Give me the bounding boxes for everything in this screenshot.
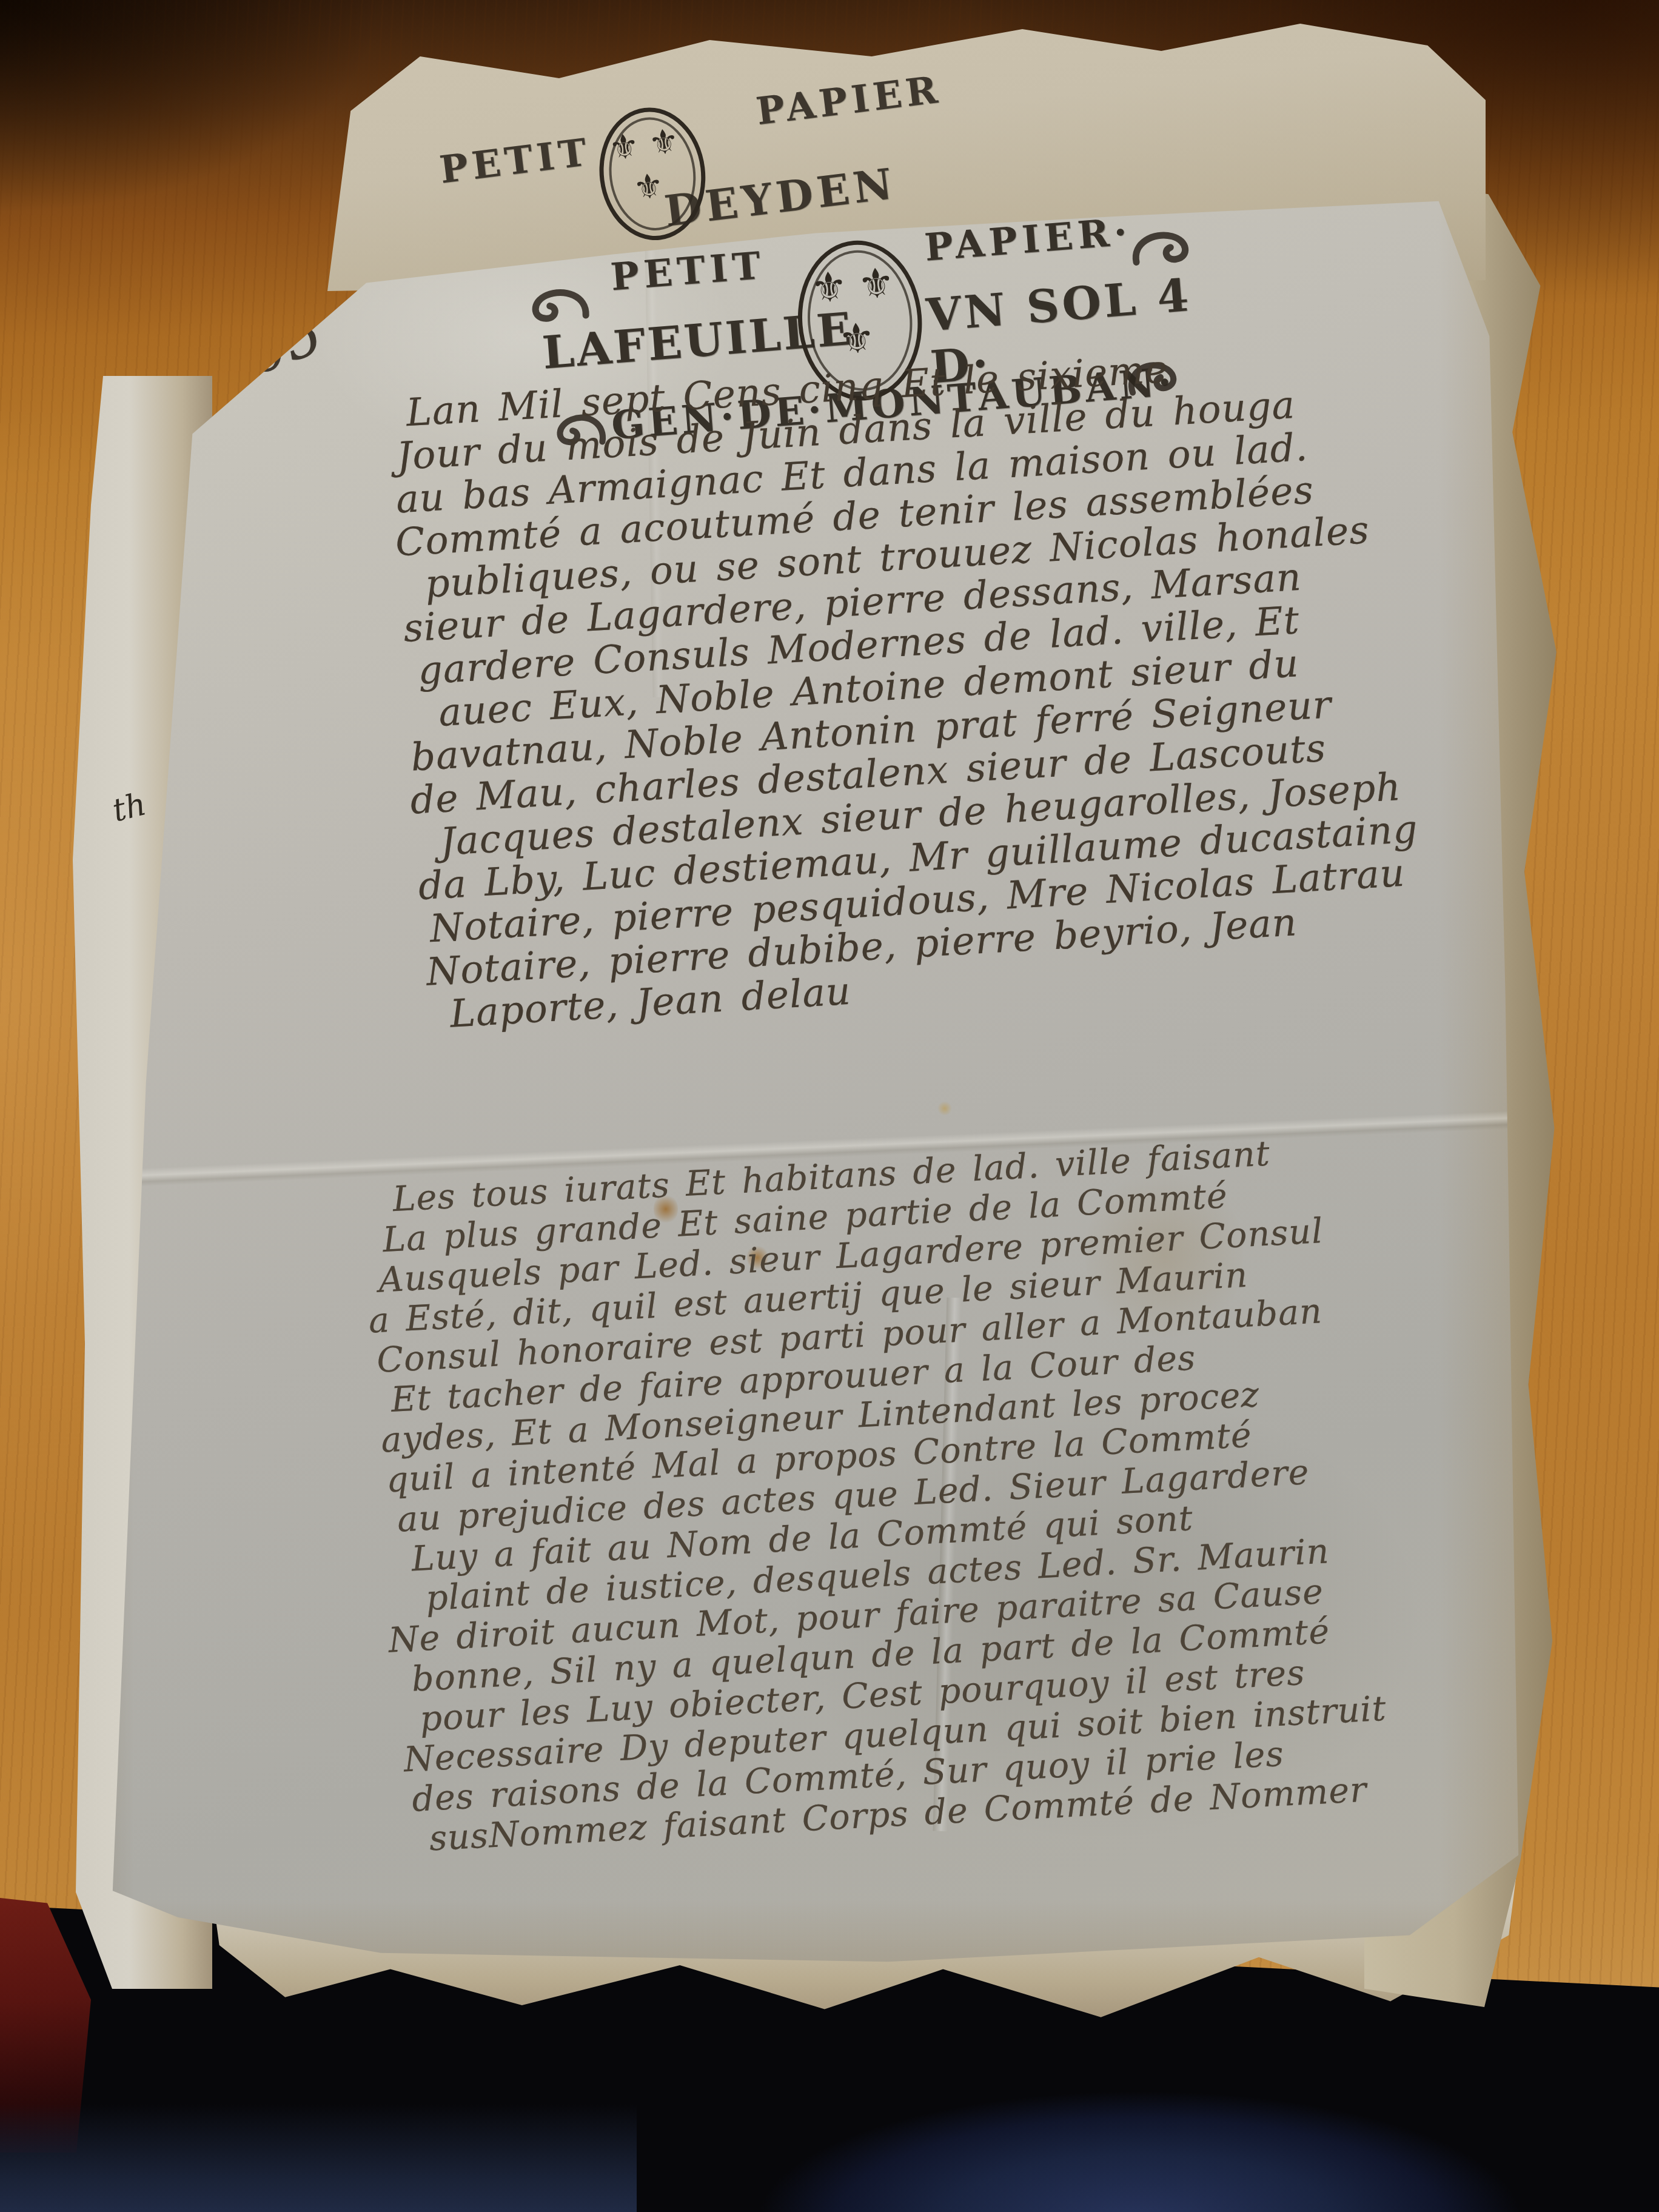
fleur-de-lis-icon: ⚜ (856, 263, 896, 307)
fleur-de-lis-icon: ⚜ (647, 124, 682, 162)
manuscript-paragraph-2: Les tous iurats Et habitans de lad. vill… (361, 1129, 1392, 1860)
paper-stain (937, 1101, 952, 1116)
fleur-de-lis-icon: ⚜ (809, 266, 849, 310)
navy-fabric-right (746, 2049, 1534, 2212)
manuscript-page: 1705 PETIT PAPIER· LAFEUILLE VN SOL 4 D·… (91, 194, 1540, 1971)
fleur-de-lis-icon: ⚜ (607, 129, 642, 167)
manuscript-paragraph-1: Lan Mil sept Cens cinq Et le sixieme Jou… (387, 334, 1426, 1037)
fleur-de-lis-icon: ⚜ (631, 169, 666, 206)
margin-ink-mark: th (109, 786, 150, 829)
back-stamp-word: PAPIER (754, 67, 943, 133)
back-stamp-word: PETIT (437, 130, 593, 192)
photograph-of-manuscript: th h. PETIT PAPIER DEYDEN ⚜ ⚜ ⚜ 1705 (0, 0, 1659, 2212)
fleur-de-lis-icon: ⚜ (837, 318, 877, 362)
navy-fabric-left (0, 2104, 637, 2212)
